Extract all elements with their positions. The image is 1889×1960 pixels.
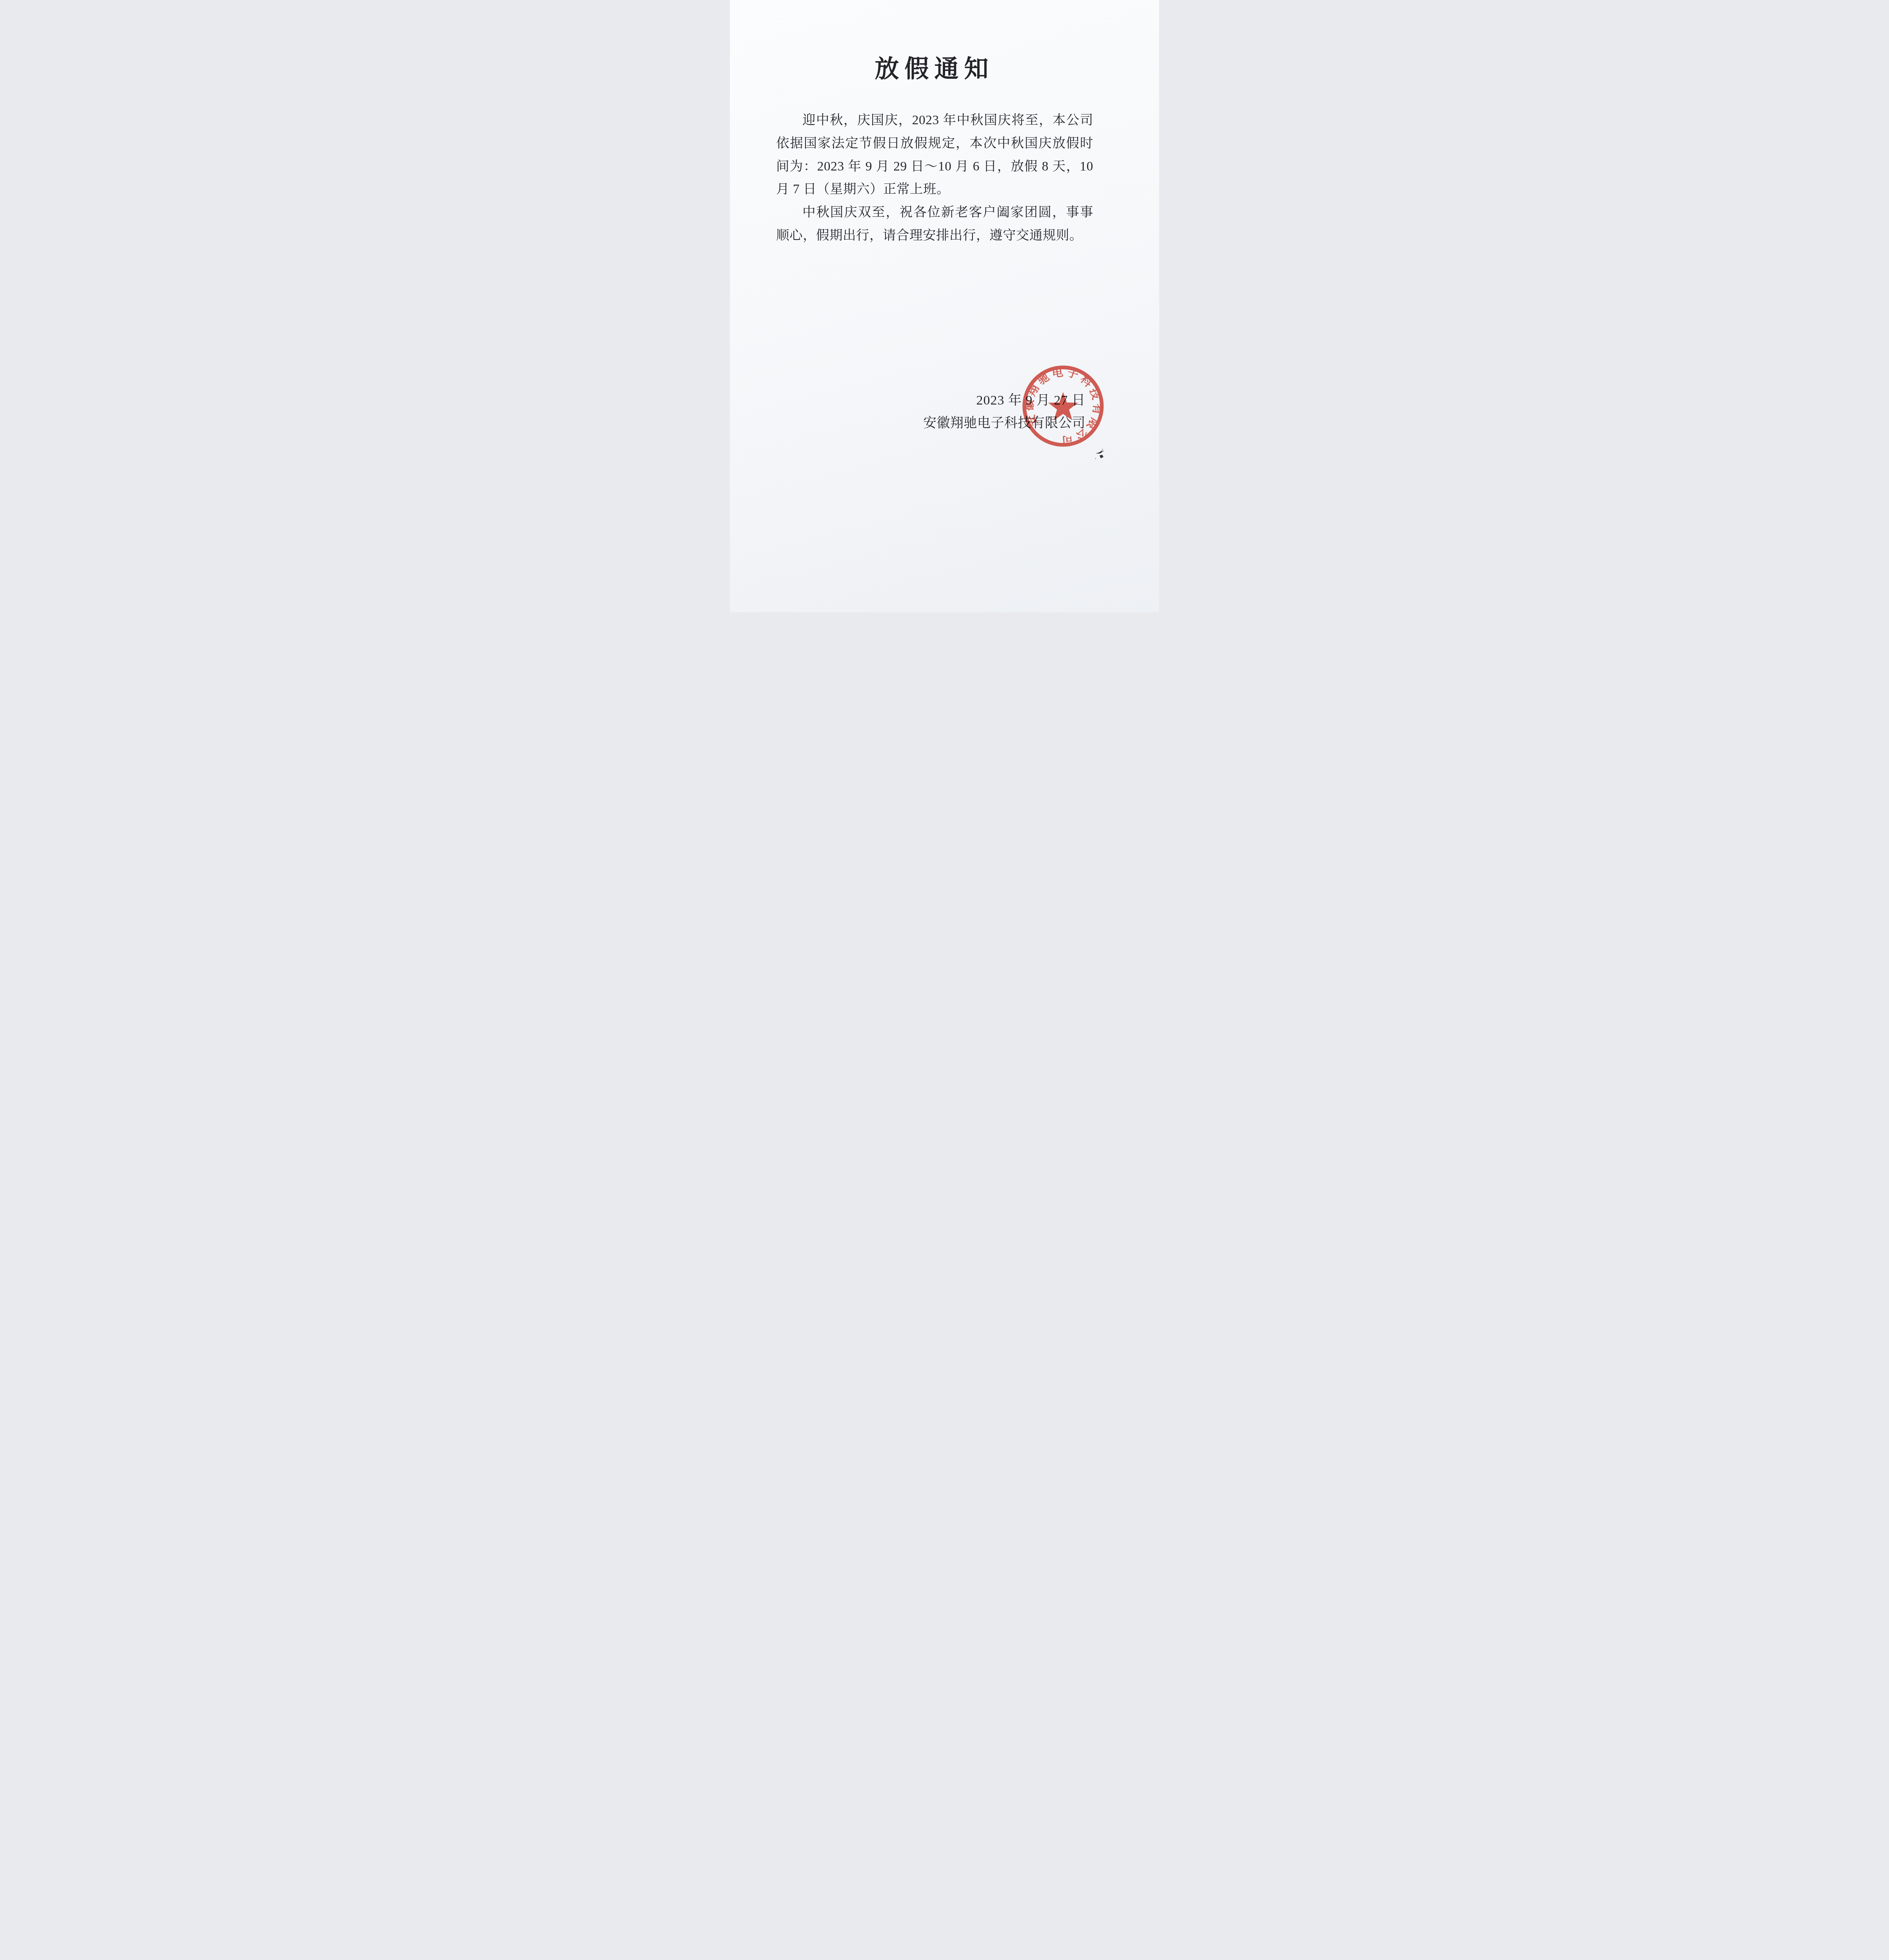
ink-smudge-mark-icon [1095,447,1108,461]
paragraph1-line1: 迎中秋，庆国庆，2023 年中秋国庆将至，本公司 [776,109,1093,132]
company-seal-stamp: 安徽翔驰电子科技有限公司 [1018,361,1108,451]
paragraph1-line2: 依据国家法定节假日放假规定，本次中秋国庆放假时 [776,132,1093,155]
paragraph2-line2: 顺心，假期出行，请合理安排出行，遵守交通规则。 [776,224,1093,247]
star-icon [1048,392,1078,420]
paragraph2-line1: 中秋国庆双至，祝各位新老客户阖家团圆，事事 [776,201,1093,224]
paragraph1-line4: 月 7 日（星期六）正常上班。 [776,178,1093,201]
notice-title: 放假通知 [730,49,1149,84]
notice-document-page: 放假通知 迎中秋，庆国庆，2023 年中秋国庆将至，本公司 依据国家法定节假日放… [730,0,1159,612]
paragraph1-line3: 间为：2023 年 9 月 29 日～10 月 6 日，放假 8 天，10 [776,155,1093,178]
notice-body: 迎中秋，庆国庆，2023 年中秋国庆将至，本公司 依据国家法定节假日放假规定，本… [776,109,1093,247]
